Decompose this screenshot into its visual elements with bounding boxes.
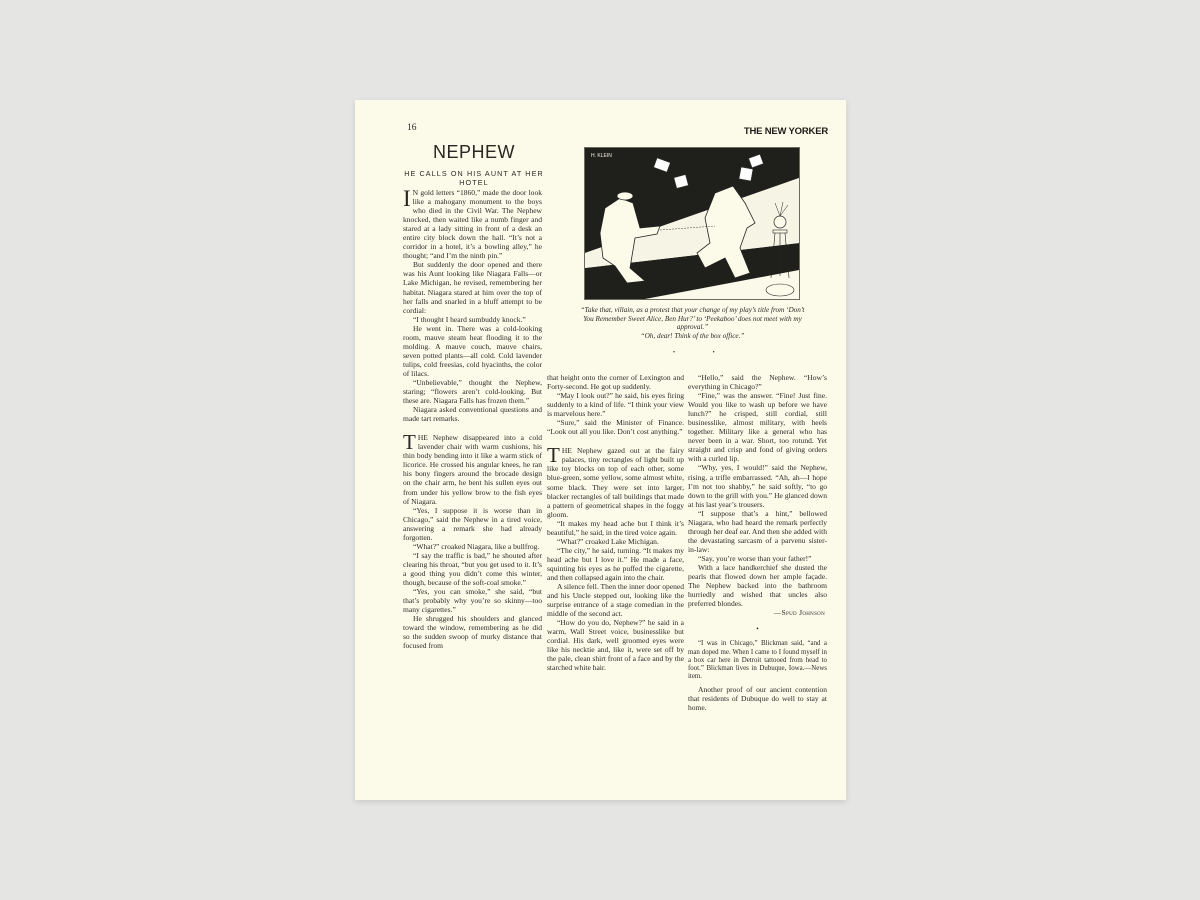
article-column-2: that height onto the corner of Lexington… [547,373,684,673]
news-quote: “I was in Chicago,” Blickman said, “and … [688,640,827,681]
masthead: THE NEW YORKER [744,126,828,137]
article-title: NEPHEW [403,142,545,163]
article-column-3: “Hello,” said the Nephew. “How’s everyth… [688,373,827,712]
caption-line-1: “Take that, villain, as a protest that y… [580,306,805,332]
paragraph: “Hello,” said the Nephew. “How’s everyth… [688,373,827,391]
paragraph: “I thought I heard sumbuddy knock.” [403,315,542,324]
paragraph: “How do you do, Nephew?” he said in a wa… [547,618,684,672]
paragraph: “Why, yes, I would!” said the Nephew, ri… [688,463,827,508]
magazine-page: 16 THE NEW YORKER NEPHEW HE CALLS ON HIS… [355,100,846,800]
page-number: 16 [407,123,417,133]
caption-line-2: “Oh, dear! Think of the box office.” [580,332,805,341]
paragraph: “Yes, you can smoke,” she said, “but tha… [403,587,542,614]
paragraph: “What?” croaked Lake Michigan. [547,537,684,546]
paragraph: With a lace handkerchief she dusted the … [688,563,827,608]
paragraph: N gold letters “1860,” made the door loo… [403,188,542,260]
paragraph: “I say the traffic is bad,” he shouted a… [403,551,542,587]
paragraph: He shrugged his shoulders and glanced to… [403,614,542,650]
paragraph: But suddenly the door opened and there w… [403,260,542,314]
drop-cap: I [403,189,411,208]
paragraph: “Fine,” was the answer. “Fine! Just fine… [688,391,827,463]
drop-cap: T [547,447,560,464]
svg-text:H. KLEIN: H. KLEIN [591,153,612,159]
paragraph: “I suppose that’s a hint,” bellowed Niag… [688,509,827,554]
filler-separator: • [688,625,827,634]
paragraph: Niagara asked conventional questions and… [403,405,542,423]
paragraph: “What?” croaked Niagara, like a bullfrog… [403,542,542,551]
section-separator: • • [673,350,733,356]
paragraph: “Sure,” said the Minister of Finance. “L… [547,418,684,436]
paragraph: “May I look out?” he said, his eyes firi… [547,391,684,418]
paragraph: A silence fell. Then the inner door open… [547,582,684,618]
cartoon-illustration: H. KLEIN [584,147,800,300]
filler-comment: Another proof of our ancient contention … [688,685,827,712]
paragraph: “Unbelievable,” thought the Nephew, star… [403,378,542,405]
cartoon-drawing-icon: H. KLEIN [585,148,799,299]
paragraph: “It makes my head ache but I think it’s … [547,519,684,537]
paragraph: that height onto the corner of Lexington… [547,373,684,391]
paragraph: HE Nephew disappeared into a cold lavend… [403,433,542,505]
paragraph: “The city,” he said, turning. “It makes … [547,546,684,582]
article-subtitle: HE CALLS ON HIS AUNT AT HER HOTEL [403,169,545,187]
article-column-1: IN gold letters “1860,” made the door lo… [403,188,542,650]
paragraph: “Yes, I suppose it is worse than in Chic… [403,506,542,542]
article-header: NEPHEW HE CALLS ON HIS AUNT AT HER HOTEL [403,142,545,187]
paragraph: “Say, you’re worse than your father!” [688,554,827,563]
cartoon-caption: “Take that, villain, as a protest that y… [580,306,805,340]
paragraph: HE Nephew gazed out at the fairy palaces… [547,446,684,518]
author-byline: —Spud Johnson [688,608,825,617]
paragraph: He went in. There was a cold-looking roo… [403,324,542,378]
drop-cap: T [403,434,416,451]
